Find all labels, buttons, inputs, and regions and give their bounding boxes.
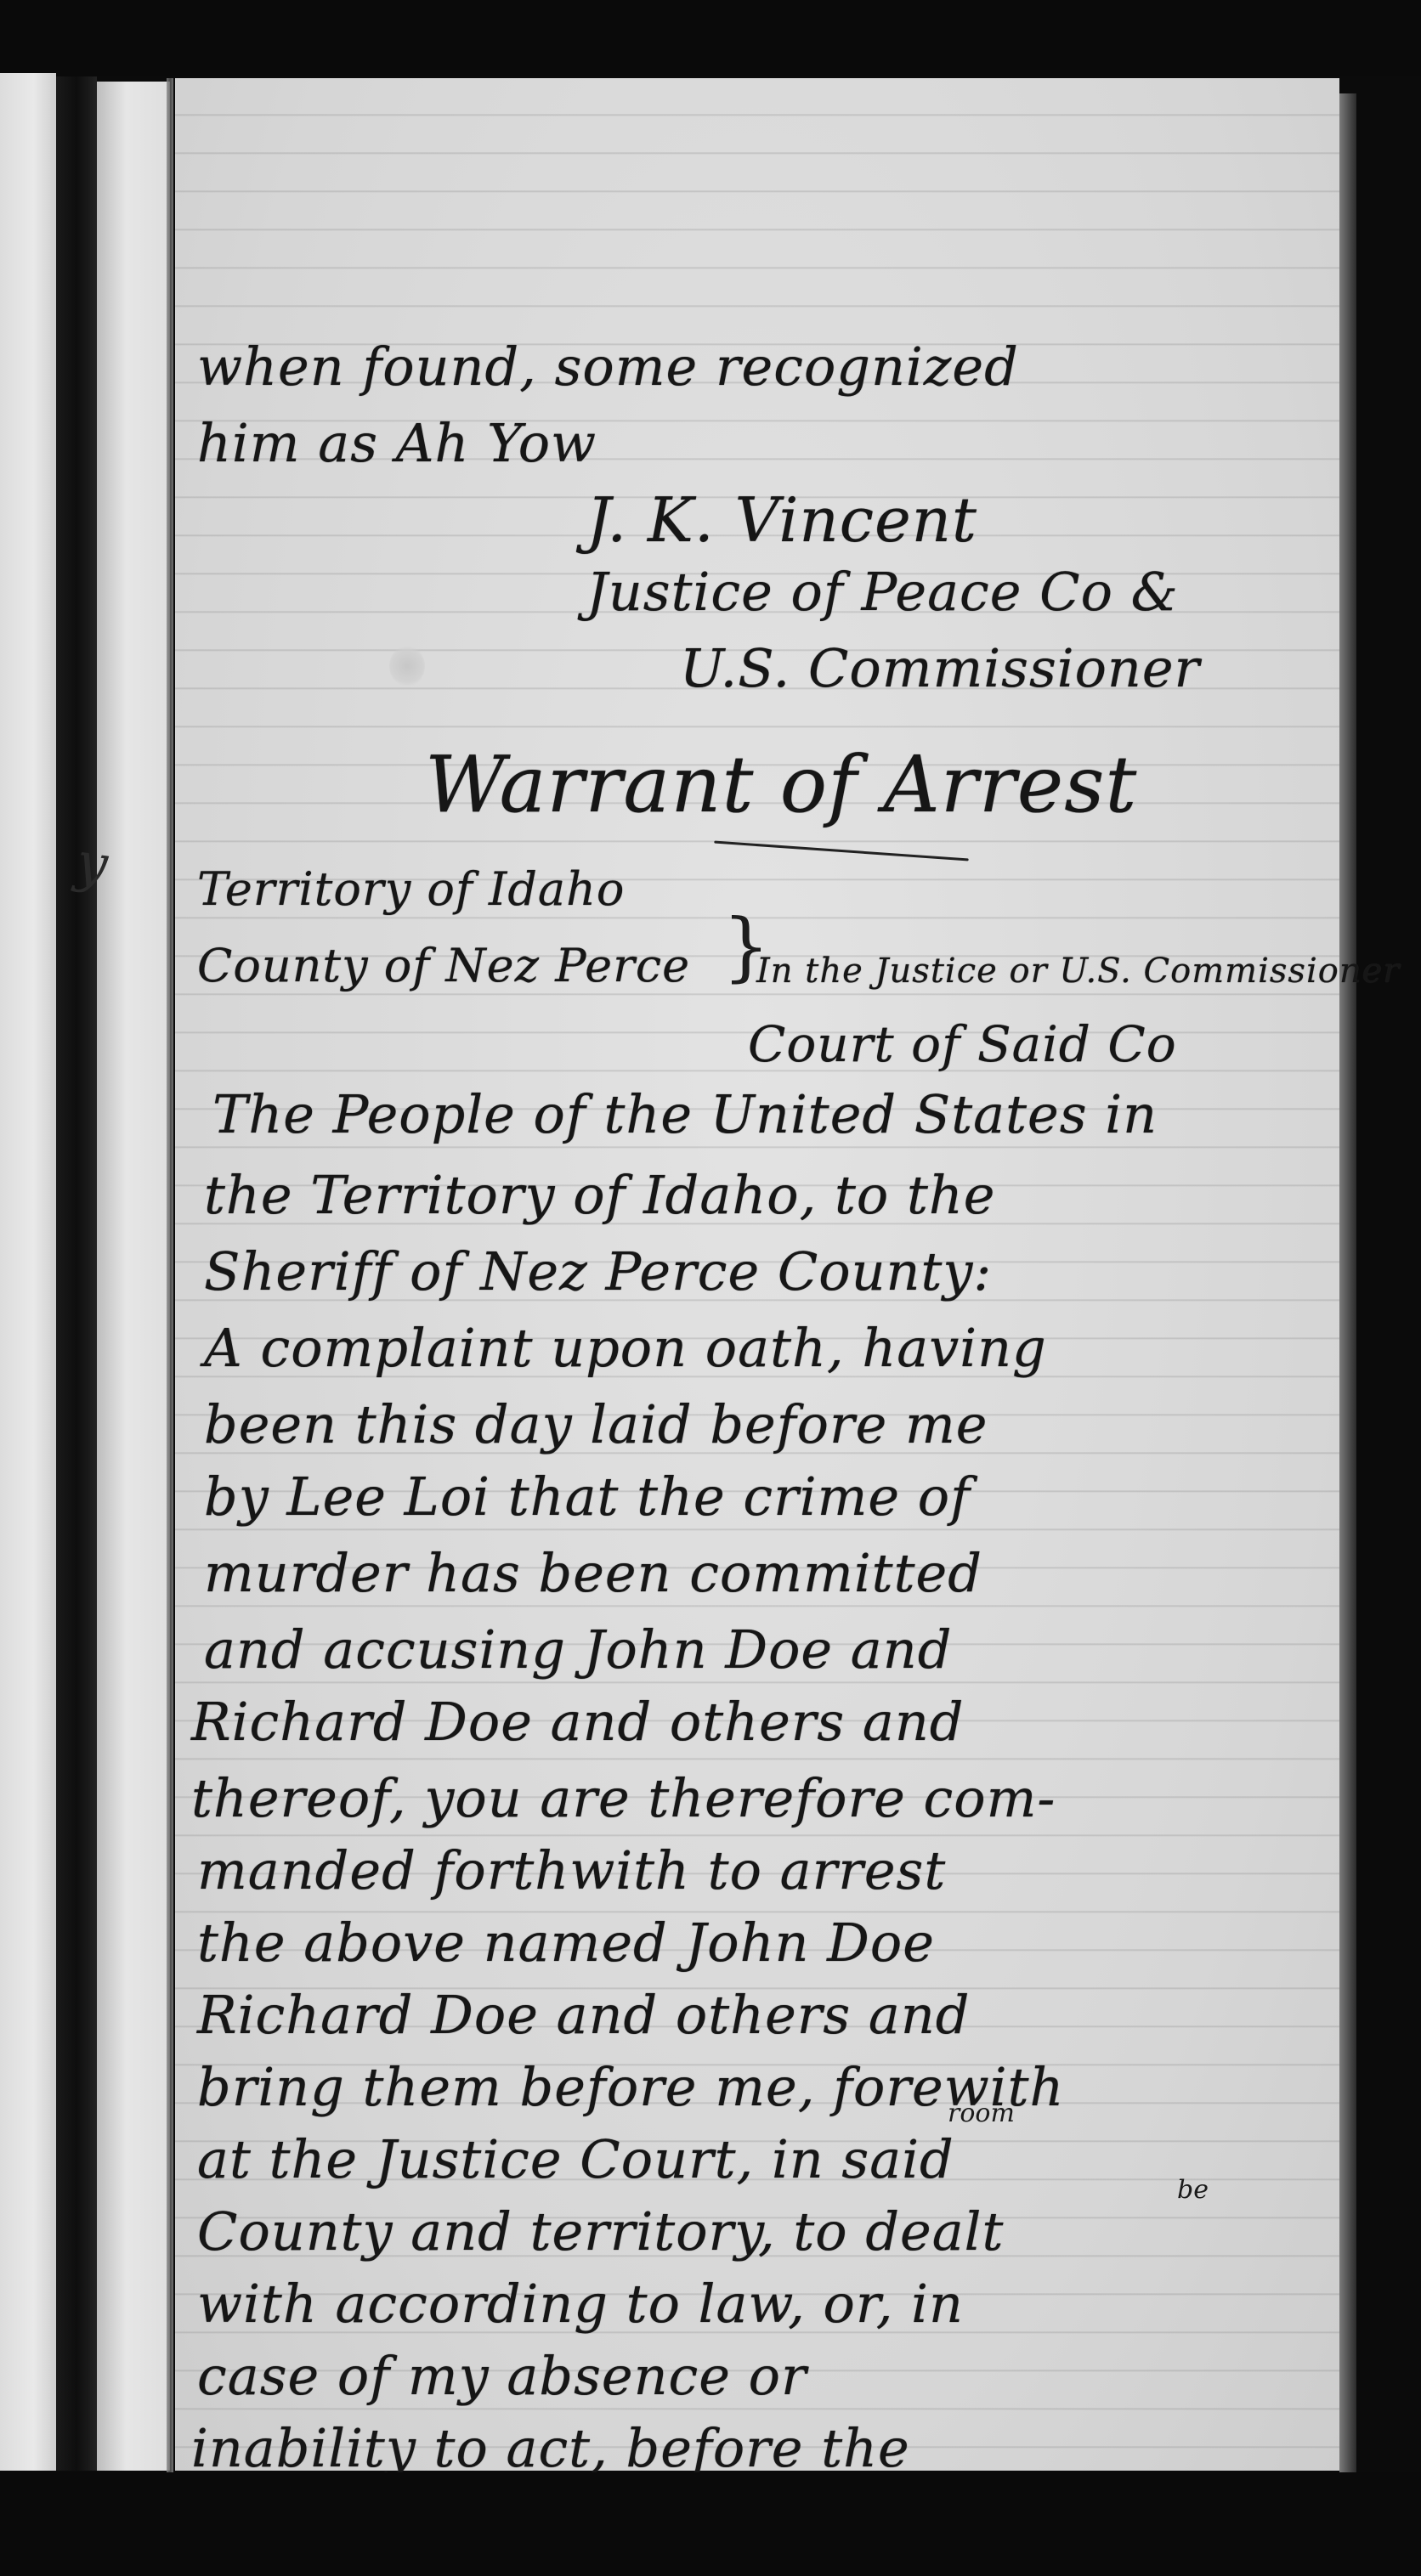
body-line: and accusing John Doe and <box>204 1618 952 1681</box>
body-line: the above named John Doe <box>197 1912 935 1974</box>
body-line: bring them before me, forewith <box>197 2056 1064 2118</box>
body-line: case of my absence or <box>197 2345 807 2407</box>
body-line: inability to act, before the <box>191 2417 910 2479</box>
paper-stain <box>389 646 425 686</box>
binding-gutter <box>56 76 97 2471</box>
body-line: Sheriff of Nez Perce County: <box>204 1240 992 1302</box>
body-line: manded forthwith to arrest <box>197 1839 946 1901</box>
continuation-line-1: when found, some recognized <box>197 336 1019 398</box>
body-line: with according to law, or, in <box>197 2273 964 2335</box>
body-line: Richard Doe and others and <box>191 1691 965 1753</box>
insertion-room: room <box>948 2099 1015 2128</box>
adjacent-page-strip <box>0 73 56 2471</box>
body-line: been this day laid before me <box>204 1393 988 1455</box>
top-black-border <box>0 0 1421 76</box>
signature-name: J. K. Vincent <box>586 484 977 556</box>
body-line: by Lee Loi that the crime of <box>204 1466 971 1528</box>
page-right-edge <box>1339 93 1356 2472</box>
body-line: the Territory of Idaho, to the <box>204 1164 995 1226</box>
body-line: County and territory, to dealt <box>197 2200 1004 2262</box>
insertion-be: be <box>1177 2175 1209 2205</box>
caption-territory: Territory of Idaho <box>197 862 625 916</box>
bottom-black-border <box>0 2472 1421 2576</box>
signature-title-1: Justice of Peace Co & <box>586 561 1179 623</box>
page-margin-strip <box>97 82 170 2471</box>
signature-title-2: U.S. Commissioner <box>680 637 1200 699</box>
body-line: thereof, you are therefore com- <box>191 1767 1056 1829</box>
body-line: A complaint upon oath, having <box>204 1317 1047 1379</box>
caption-court-2: Court of Said Co <box>748 1015 1177 1073</box>
body-line: Richard Doe and others and <box>197 1984 971 2046</box>
margin-rule-line <box>167 78 173 2472</box>
scan-frame: y when found, some recognized him as Ah … <box>0 0 1421 2576</box>
caption-county: County of Nez Perce <box>197 939 690 992</box>
body-line: The People of the United States in <box>212 1083 1158 1145</box>
body-line: murder has been committed <box>204 1542 982 1604</box>
continuation-line-2: him as Ah Yow <box>197 412 597 474</box>
body-line: at the Justice Court, in said <box>197 2128 954 2190</box>
caption-court-1: In the Justice or U.S. Commissioner <box>756 952 1400 991</box>
document-title: Warrant of Arrest <box>425 739 1137 830</box>
